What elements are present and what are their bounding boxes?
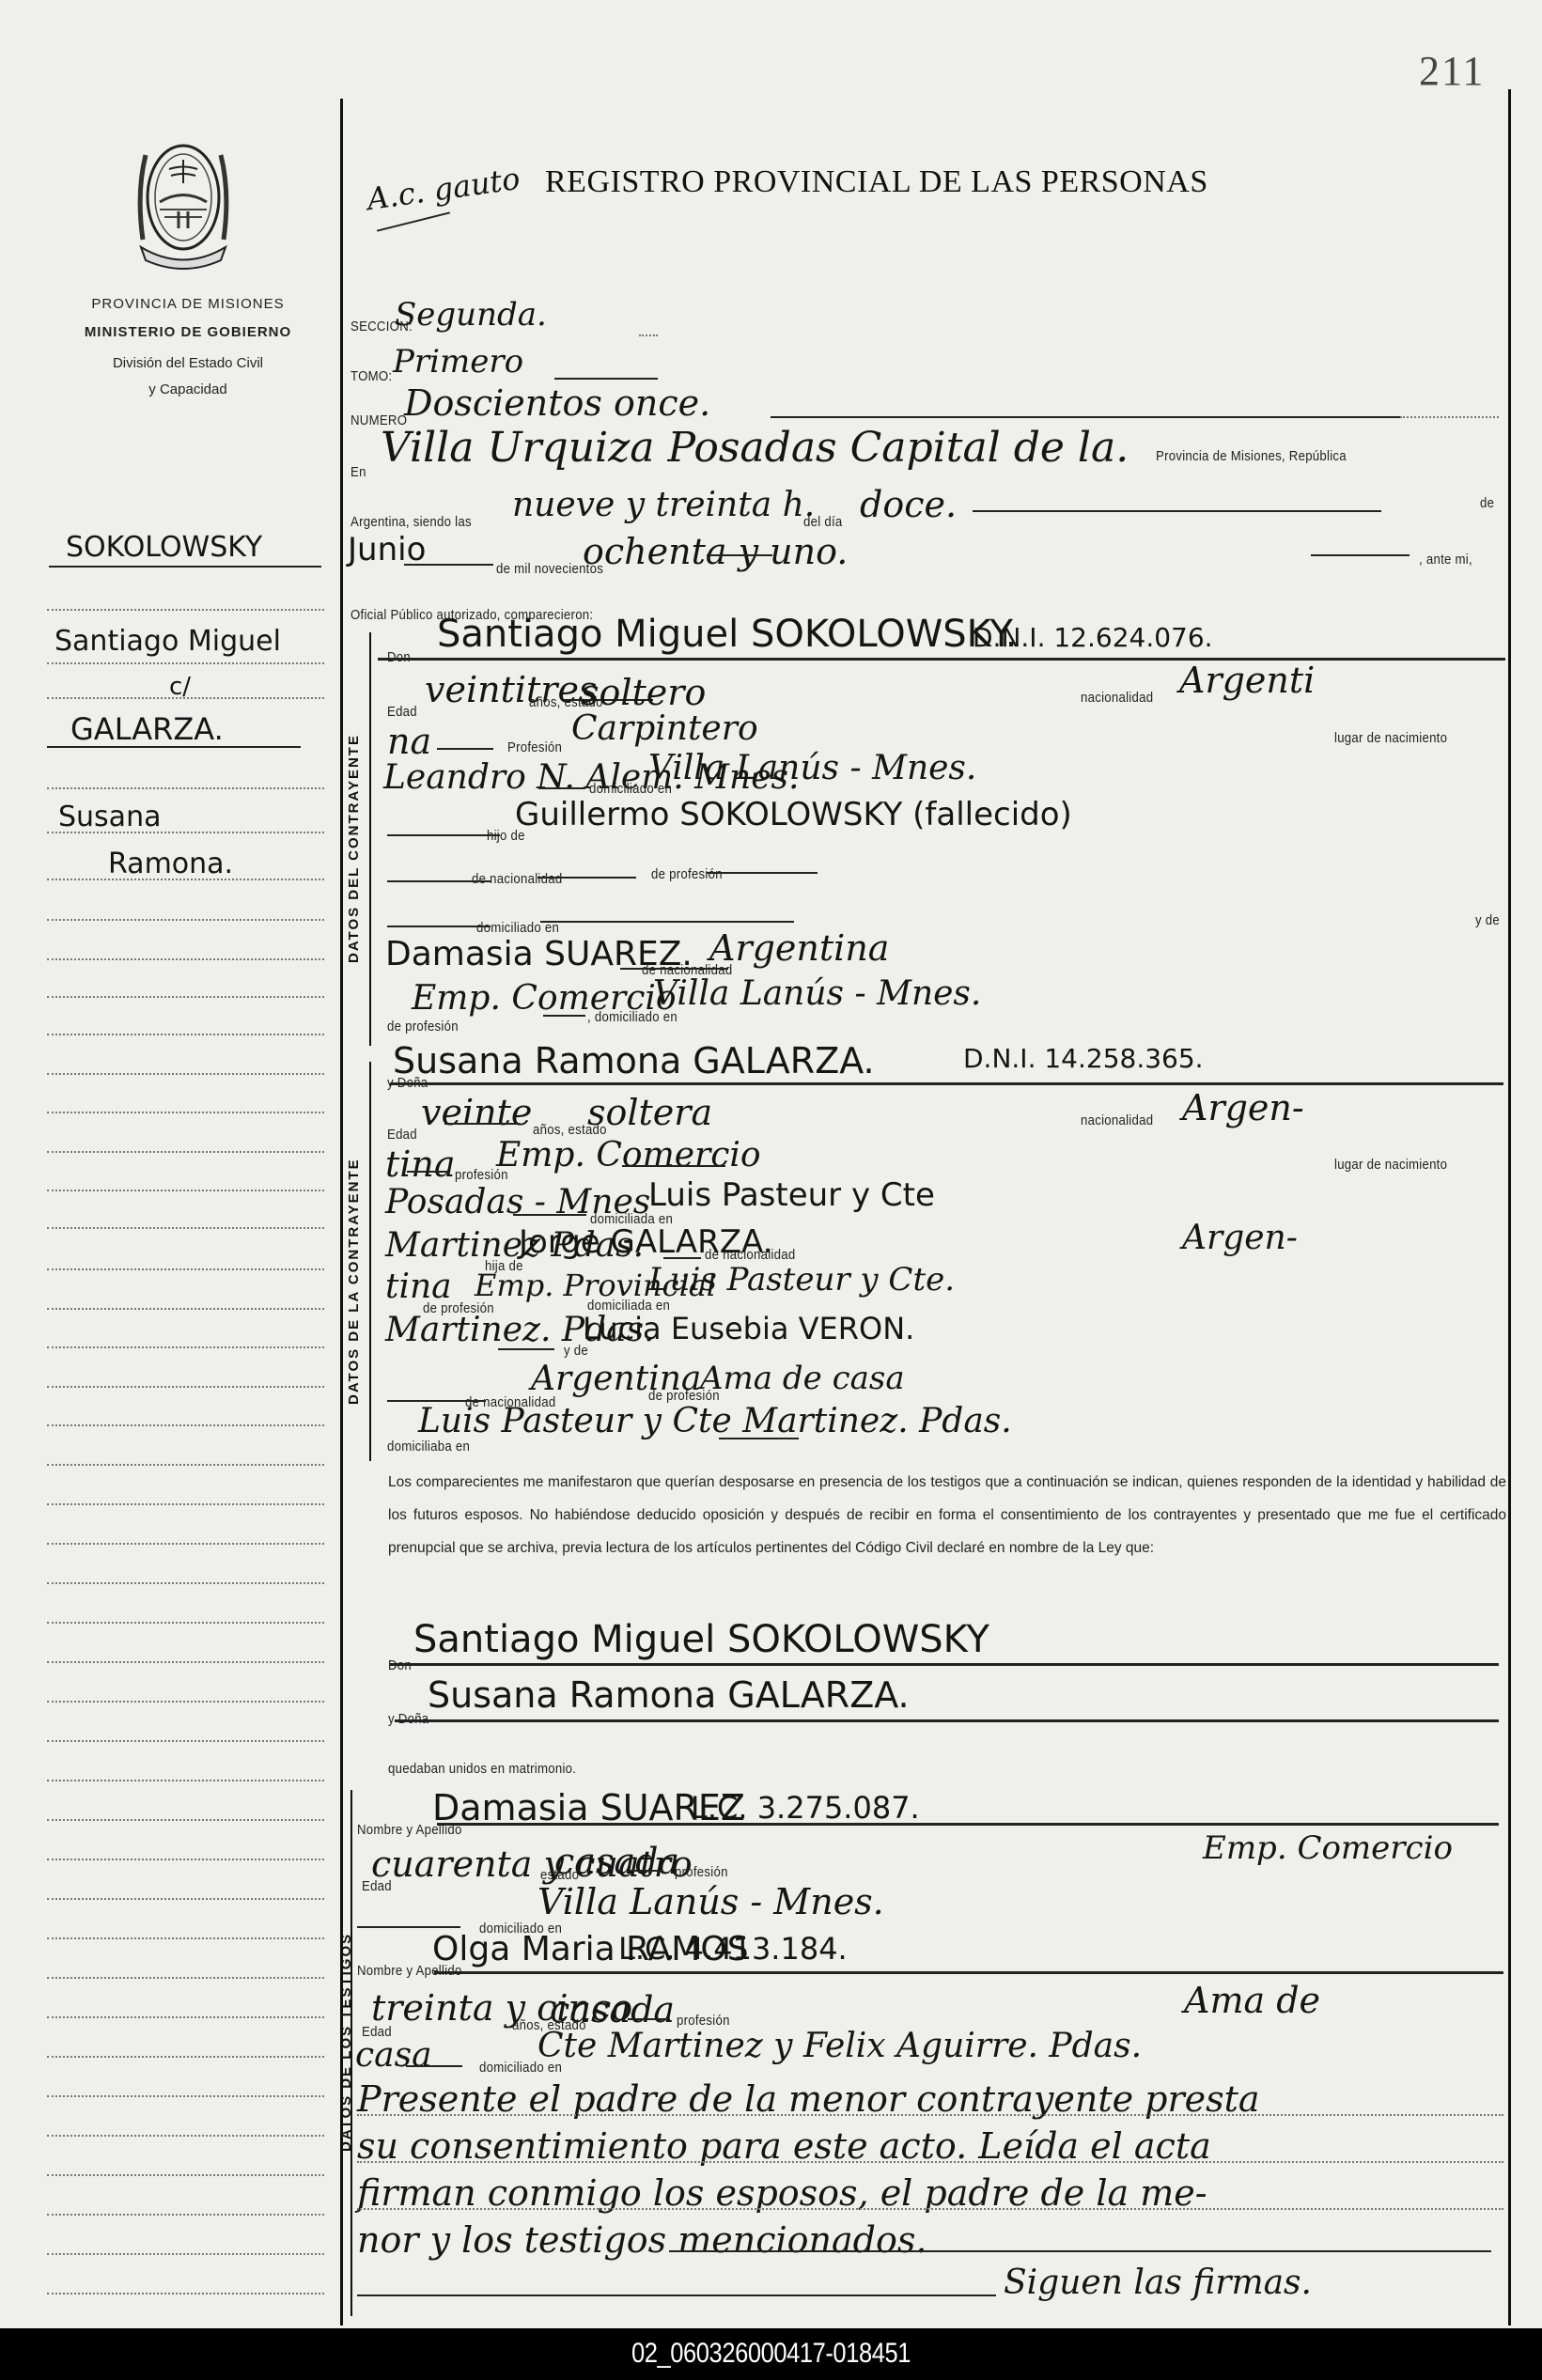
bride-nationality-2: tina (385, 1146, 456, 1182)
margin-dotline (47, 1582, 324, 1584)
w1-id: L.C. 3.275.087. (691, 1793, 920, 1823)
w1-domicile: Villa Lanús - Mnes. (537, 1884, 884, 1920)
margin-dotline (47, 1661, 324, 1663)
margin-dotline (47, 1268, 324, 1270)
footer-bar: 02_060326000417-018451 (0, 2328, 1542, 2380)
dia-label: del día (803, 515, 842, 529)
margin-dotline (47, 697, 324, 699)
groom-mother-nationality: Argentina (709, 930, 889, 966)
margin-dotline (47, 1464, 324, 1466)
margin-rule (49, 566, 321, 568)
bride-father-nac-label: de nacionalidad (705, 1248, 795, 1262)
margin-dotline (47, 787, 324, 789)
fill-rule (387, 834, 500, 836)
groom-profession: Carpintero (571, 712, 758, 746)
fill-rule (719, 1438, 799, 1439)
ante-label: , ante mi, (1419, 552, 1472, 567)
margin-dotline (47, 1740, 324, 1742)
fill-rule (663, 1257, 701, 1259)
bride-mother-dom-label: domiciliaba en (387, 1439, 470, 1454)
declaration-closing: quedaban unidos en matrimonio. (388, 1762, 576, 1776)
division-line-1: División del Estado Civil (38, 355, 338, 371)
month-value: Junio (348, 534, 426, 566)
document-id: 02_060326000417-018451 (116, 2338, 1426, 2370)
groom-mother-domicile: Villa Lanús - Mnes. (653, 977, 981, 1011)
w2-profession-2: casa (355, 2039, 432, 2073)
bride-section-divider (369, 1062, 371, 1461)
witness-note-line-4: nor y los testigos mencionados. (357, 2222, 927, 2258)
hour-value: nueve y treinta h. (512, 489, 815, 522)
w2-profession-1: Ama de (1184, 1983, 1320, 2018)
bride-edad-label: Edad (387, 1128, 417, 1142)
fill-dots (639, 334, 658, 336)
place-suffix: Provincia de Misiones, República (1156, 449, 1347, 463)
groom-dni: D.N.I. 12.624.076. (973, 625, 1213, 651)
margin-dotline (47, 1543, 324, 1545)
tomo-label: TOMO: (350, 369, 392, 383)
fill-rule (771, 416, 1400, 418)
groom-father: Guillermo SOKOLOWSKY (fallecido) (515, 799, 1072, 831)
fill-rule (707, 872, 818, 874)
margin-dotline (47, 832, 324, 833)
en-label: En (350, 465, 366, 479)
tomo-value: Primero (393, 346, 523, 378)
right-border (1508, 89, 1511, 2326)
fill-rule (537, 877, 636, 879)
division-line-2: y Capacidad (38, 381, 338, 397)
margin-dotline (47, 1034, 324, 1035)
bride-mother-domicile: Luis Pasteur y Cte Martinez. Pdas. (418, 1405, 1012, 1439)
w1-name-underline (437, 1823, 1499, 1826)
bride-nationality-1: Argen- (1182, 1090, 1304, 1126)
margin-dotline (47, 879, 324, 880)
w1-profession: Emp. Comercio (1203, 1832, 1453, 1864)
fill-rule (444, 1123, 520, 1125)
bride-age: veinte (421, 1095, 532, 1130)
fill-rule (543, 1015, 585, 1017)
margin-dotline (47, 609, 324, 611)
bride-mother-profession: Ama de casa (700, 1362, 905, 1394)
declaration-text: Los comparecientes me manifestaron que q… (388, 1466, 1506, 1564)
page-number: 211 (1419, 47, 1485, 95)
fill-rule (554, 378, 658, 380)
groom-mother-prof-label: de profesión (387, 1019, 459, 1034)
document-page: 211 PROVINCIA DE MISIONES MINISTERIO DE … (0, 0, 1542, 2328)
margin-dotline (47, 2253, 324, 2255)
margin-dotline (47, 1977, 324, 1979)
fill-rule (404, 564, 493, 566)
bride-father-nationality-2: tina (385, 1270, 452, 1304)
margin-dotline (47, 1112, 324, 1113)
margin-dotline (47, 1898, 324, 1900)
clerk-annotation: A.c. gauto (366, 163, 522, 214)
margin-dotline (47, 2056, 324, 2058)
note-dotline (357, 2208, 1503, 2210)
margin-groom-given: Santiago Miguel (55, 628, 281, 656)
bride-father-nationality-1: Argen- (1182, 1221, 1298, 1255)
margin-dotline (47, 1227, 324, 1229)
misiones-emblem-icon (132, 136, 235, 272)
margin-connector: c/ (169, 675, 191, 699)
w1-estado: casada (554, 1843, 679, 1879)
margin-dotline (47, 996, 324, 998)
w2-name-underline (434, 1971, 1503, 1974)
groom-father-prof-label: de profesión (651, 867, 723, 881)
fill-rule (973, 510, 1381, 512)
bride-name-underline (390, 1082, 1503, 1085)
fill-rule (357, 2294, 996, 2296)
seccion-value: Segunda. (395, 299, 547, 331)
margin-dotline (47, 958, 324, 960)
margin-dotline (47, 1346, 324, 1348)
groom-father-nac-label: de nacionalidad (472, 872, 562, 886)
margin-dotline (47, 1859, 324, 1860)
groom-father-dom-label: domiciliado en (476, 921, 559, 935)
bride-lugar-label: lugar de nacimiento (1334, 1158, 1447, 1172)
witness-section-label: DATOS DE LOS TESTIGOS (338, 1933, 354, 2152)
fill-dots (1400, 416, 1499, 418)
margin-dotline (47, 1424, 324, 1426)
year-value: ochenta y uno. (583, 534, 848, 569)
margin-dotline (47, 1386, 324, 1388)
margin-dotline (47, 1073, 324, 1075)
groom-name-underline (378, 658, 1505, 661)
groom-nationality-2: na (387, 723, 431, 759)
w2-domicile: Cte Martinez y Felix Aguirre. Pdas. (537, 2030, 1142, 2063)
margin-dotline (47, 1151, 324, 1153)
declaration-bride: Susana Ramona GALARZA. (428, 1677, 910, 1713)
margin-dotline (47, 1780, 324, 1781)
groom-estado: soltero (581, 675, 706, 710)
annotation-underline (377, 211, 450, 231)
document-title: REGISTRO PROVINCIAL DE LAS PERSONAS (545, 164, 1208, 200)
margin-dotline (47, 1937, 324, 1939)
bride-domicile-1: Luis Pasteur y Cte (648, 1179, 935, 1211)
declaration-groom: Santiago Miguel SOKOLOWSKY (413, 1621, 989, 1658)
witness-note-line-2: su consentimiento para este acto. Leída … (357, 2128, 1211, 2164)
bride-estado: soltera (587, 1095, 712, 1130)
place-value: Villa Urquiza Posadas Capital de la. (381, 428, 1129, 469)
witness-note-line-5: Siguen las firmas. (1004, 2266, 1312, 2300)
fill-rule (357, 1926, 460, 1928)
margin-dotline (47, 1701, 324, 1703)
fill-rule (622, 1165, 725, 1167)
fill-rule (630, 1870, 662, 1872)
province-name: PROVINCIA DE MISIONES (38, 296, 338, 312)
margin-bride-surname: GALARZA. (70, 714, 224, 744)
bride-profession: Emp. Comercio (496, 1139, 761, 1173)
groom-edad-label: Edad (387, 705, 417, 719)
margin-dotline (47, 1819, 324, 1821)
bride-name: Susana Ramona GALARZA. (393, 1043, 875, 1079)
fill-rule (407, 1171, 449, 1173)
declaration-bride-underline (395, 1719, 1499, 1722)
margin-bride-given-1: Susana (58, 803, 161, 832)
fill-rule (538, 787, 585, 789)
fill-rule (707, 554, 772, 556)
fill-rule (498, 1348, 554, 1350)
fill-rule (513, 1214, 586, 1216)
witness-note-line-1: Presente el padre de la menor contrayent… (357, 2081, 1260, 2117)
groom-prof-label: Profesión (507, 740, 562, 754)
margin-dotline (47, 2214, 324, 2216)
de-label: de (1480, 496, 1494, 510)
margin-dotline (47, 1503, 324, 1505)
margin-dotline (47, 2293, 324, 2294)
siendo-label: Argentina, siendo las (350, 515, 472, 529)
witness-note-line-3: firman conmigo los esposos, el padre de … (357, 2175, 1207, 2211)
groom-section-label: DATOS DEL CONTRAYENTE (346, 734, 362, 963)
fill-rule (540, 921, 794, 923)
note-dotline (357, 2161, 1503, 2163)
margin-dotline (47, 2174, 324, 2176)
margin-dotline (47, 1190, 324, 1191)
w2-prof-label: profesión (677, 2014, 730, 2028)
w2-id: L.C. 4.413.184. (618, 1934, 848, 1964)
margin-dotline (47, 2135, 324, 2137)
fill-rule (628, 2018, 670, 2020)
bride-nac-label: nacionalidad (1081, 1113, 1153, 1128)
margin-dotline (47, 1308, 324, 1310)
bride-mother: Lucia Eusebia VERON. (583, 1314, 914, 1344)
margin-dotline (47, 662, 324, 664)
margin-dotline (47, 919, 324, 921)
day-value: doce. (860, 487, 957, 522)
margin-dotline (47, 1622, 324, 1624)
margin-rule (47, 746, 301, 748)
fill-rule (406, 2065, 462, 2067)
groom-nac-label: nacionalidad (1081, 691, 1153, 705)
groom-name: Santiago Miguel SOKOLOWSKY. (437, 615, 1017, 653)
fill-rule (1311, 554, 1410, 556)
groom-lugar-label: lugar de nacimiento (1334, 731, 1447, 745)
declaration-groom-underline (390, 1663, 1499, 1666)
note-dotline (357, 2114, 1503, 2116)
margin-bride-given-2: Ramona. (108, 850, 233, 879)
bride-dni: D.N.I. 14.258.365. (963, 1046, 1204, 1072)
bride-father-domicile-1: Luis Pasteur y Cte. (648, 1264, 955, 1296)
w2-estado: casada (550, 1992, 675, 2028)
groom-nationality-1: Argenti (1179, 662, 1315, 698)
groom-section-divider (369, 632, 371, 1046)
margin-dotline (47, 2095, 324, 2097)
numero-value: Doscientos once. (404, 385, 710, 421)
groom-domicile: Villa Lanús - Mnes. (648, 752, 976, 786)
groom-yde-label: y de (1475, 913, 1500, 927)
margin-groom-surname: SOKOLOWSKY (66, 534, 262, 562)
fill-rule (387, 926, 491, 927)
fill-rule (437, 748, 493, 750)
ministry-name: MINISTERIO DE GOBIERNO (38, 324, 338, 340)
margin-dotline (47, 2016, 324, 2018)
w1-prof-label: profesión (675, 1865, 728, 1879)
fill-rule (669, 2250, 1491, 2252)
bride-section-label: DATOS DE LA CONTRAYENTE (346, 1158, 362, 1405)
